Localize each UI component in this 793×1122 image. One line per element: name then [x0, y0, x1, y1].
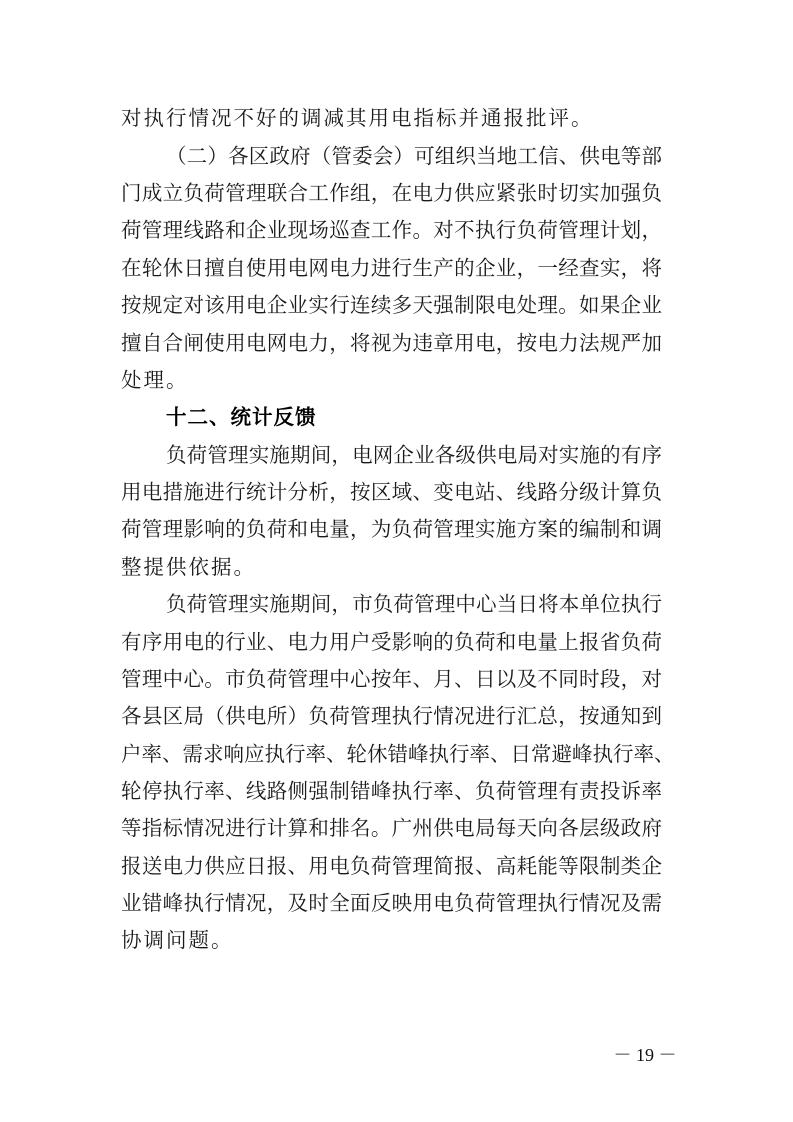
paragraph-line: 轮停执行率、线路侧强制错峰执行率、负荷管理有责投诉率: [121, 776, 662, 806]
page-number: － 19 －: [610, 1043, 680, 1067]
section-heading: 十二、统计反馈: [166, 402, 662, 432]
paragraph-line: 擅自合闸使用电网电力，将视为违章用电，按电力法规严加: [121, 328, 662, 358]
paragraph-line: 用电措施进行统计分析，按区域、变电站、线路分级计算负: [121, 477, 662, 507]
paragraph-line: 户率、需求响应执行率、轮休错峰执行率、日常避峰执行率、: [121, 739, 662, 769]
paragraph-line: 对执行情况不好的调减其用电指标并通报批评。: [121, 103, 662, 133]
paragraph-line: 等指标情况进行计算和排名。广州供电局每天向各层级政府: [121, 813, 662, 843]
paragraph-line: 处理。: [121, 365, 662, 395]
paragraph-line: 报送电力供应日报、用电负荷管理简报、高耗能等限制类企: [121, 851, 662, 881]
paragraph-line: 管理中心。市负荷管理中心按年、月、日以及不同时段，对: [121, 664, 662, 694]
paragraph-line: 负荷管理实施期间，电网企业各级供电局对实施的有序: [166, 440, 662, 470]
paragraph-line: 协调问题。: [121, 925, 662, 955]
document-page: 对执行情况不好的调减其用电指标并通报批评。 （二）各区政府（管委会）可组织当地工…: [0, 0, 793, 1122]
paragraph-line: 各县区局（供电所）负荷管理执行情况进行汇总，按通知到: [121, 701, 662, 731]
paragraph-line: 按规定对该用电企业实行连续多天强制限电处理。如果企业: [121, 290, 662, 320]
paragraph-line: 整提供依据。: [121, 552, 662, 582]
paragraph-line: 业错峰执行情况，及时全面反映用电负荷管理执行情况及需: [121, 888, 662, 918]
paragraph-line: 负荷管理实施期间，市负荷管理中心当日将本单位执行: [166, 589, 662, 619]
paragraph-line: 在轮休日擅自使用电网电力进行生产的企业，一经查实，将: [121, 253, 662, 283]
paragraph-line: 有序用电的行业、电力用户受影响的负荷和电量上报省负荷: [121, 627, 662, 657]
paragraph-line: （二）各区政府（管委会）可组织当地工信、供电等部: [166, 141, 662, 171]
paragraph-line: 荷管理线路和企业现场巡查工作。对不执行负荷管理计划，: [121, 215, 662, 245]
paragraph-line: 荷管理影响的负荷和电量，为负荷管理实施方案的编制和调: [121, 514, 662, 544]
paragraph-line: 门成立负荷管理联合工作组，在电力供应紧张时切实加强负: [121, 178, 662, 208]
